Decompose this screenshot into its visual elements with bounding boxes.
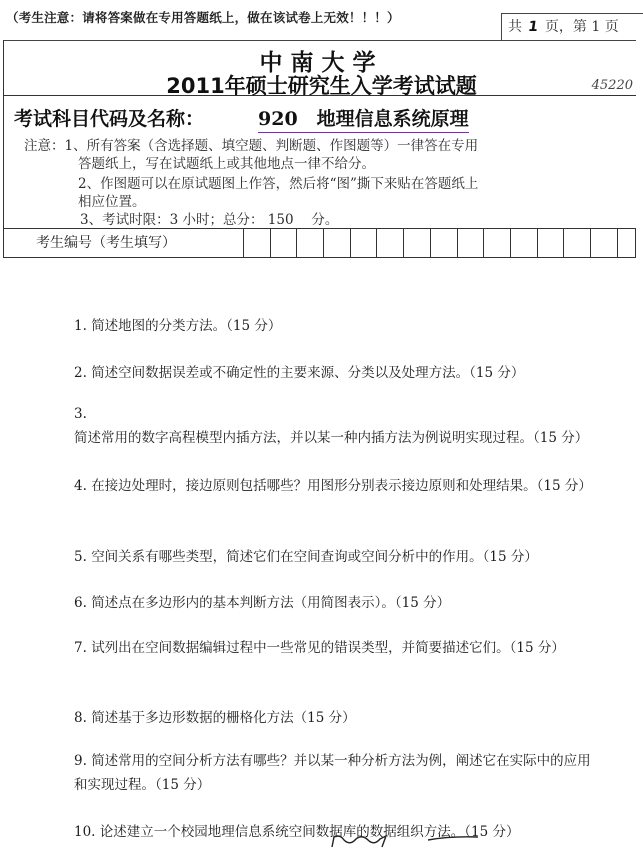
candidate-digit-box[interactable] <box>537 228 564 257</box>
candidate-digit-box[interactable] <box>430 228 457 257</box>
instruction-line: 答题纸上，写在试题纸上或其他地点一律不给分。 <box>78 155 375 173</box>
question-text: 简述常用的数字高程模型内插方法，并以某一种内插方法为例说明实现过程。（15 分） <box>74 430 588 446</box>
instruction-line: 相应位置。 <box>78 193 146 211</box>
question-number: 5. <box>74 549 87 565</box>
divider-candidate <box>3 257 636 258</box>
paper-code: 45220 <box>592 78 633 93</box>
question-text: 简述空间数据误差或不确定性的主要来源、分类以及处理方法。（15 分） <box>91 365 524 381</box>
candidate-digit-box[interactable] <box>483 228 510 257</box>
question-9: 9. 简述常用的空间分析方法有哪些？并以某一种分析方法为例，阐述它在实际中的应用… <box>74 749 604 797</box>
exam-title: 2011年硕士研究生入学考试试题 <box>0 70 643 100</box>
question-text: 简述基于多边形数据的栅格化方法（15 分） <box>91 710 355 726</box>
candidate-digit-box[interactable] <box>270 228 297 257</box>
question-text: 空间关系有哪些类型，简述它们在空间查询或空间分析中的作用。（15 分） <box>91 549 538 565</box>
candidate-digit-box[interactable] <box>323 228 350 257</box>
question-5: 5. 空间关系有哪些类型，简述它们在空间查询或空间分析中的作用。（15 分） <box>74 545 604 569</box>
candidate-digit-box[interactable] <box>590 228 617 257</box>
handwritten-underline-mark <box>330 834 480 848</box>
candidate-digit-box[interactable] <box>376 228 403 257</box>
question-8: 8. 简述基于多边形数据的栅格化方法（15 分） <box>74 706 604 730</box>
question-1: 1. 简述地图的分类方法。（15 分） <box>74 314 604 338</box>
question-number: 7. <box>74 640 87 656</box>
candidate-number-boxes[interactable] <box>243 228 636 257</box>
candidate-digit-box[interactable] <box>403 228 430 257</box>
candidate-number-label: 考生编号（考生填写） <box>36 232 176 252</box>
candidate-digit-box[interactable] <box>563 228 590 257</box>
question-number: 6. <box>74 595 87 611</box>
page-total-prefix: 共 <box>508 19 522 35</box>
question-text: 试列出在空间数据编辑过程中一些常见的错误类型，并简要描述它们。（15 分） <box>91 640 565 656</box>
page-total-handwritten: 1 <box>525 14 543 41</box>
question-number: 1. <box>74 318 87 334</box>
question-text: 简述点在多边形内的基本判断方法（用简图表示）。（15 分） <box>91 595 450 611</box>
question-text: 简述地图的分类方法。（15 分） <box>91 318 281 334</box>
instruction-line: 2、作图题可以在原试题图上作答，然后将“图”撕下来贴在答题纸上 <box>78 175 478 193</box>
candidate-digit-box[interactable] <box>617 228 636 257</box>
question-4: 4. 在接边处理时，接边原则包括哪些？用图形分别表示接边原则和处理结果。（15 … <box>74 474 604 498</box>
exam-notice: （考生注意：请将答案做在专用答题纸上，做在该试卷上无效！！！） <box>6 8 400 26</box>
candidate-digit-box[interactable] <box>243 228 270 257</box>
page-count-box: 共 1 页，第 1 页 <box>501 13 643 40</box>
candidate-digit-box[interactable] <box>457 228 484 257</box>
candidate-digit-box[interactable] <box>296 228 323 257</box>
question-number: 8. <box>74 710 87 726</box>
question-2: 2. 简述空间数据误差或不确定性的主要来源、分类以及处理方法。（15 分） <box>74 361 604 385</box>
candidate-digit-box[interactable] <box>350 228 377 257</box>
question-number: 10. <box>74 824 95 840</box>
instruction-line: 注意：1、所有答案（含选择题、填空题、判断题、作图题等）一律答在专用 <box>24 137 478 155</box>
instruction-line: 3、考试时限：3 小时；总分： 150 分。 <box>80 211 338 229</box>
candidate-digit-box[interactable] <box>510 228 537 257</box>
question-number: 3. <box>74 406 87 422</box>
question-text: 简述常用的空间分析方法有哪些？并以某一种分析方法为例，阐述它在实际中的应用和实现… <box>74 753 591 793</box>
subject-label: 考试科目代码及名称： <box>14 104 204 131</box>
subject-value: 920 地理信息系统原理 <box>258 104 469 133</box>
question-7: 7. 试列出在空间数据编辑过程中一些常见的错误类型，并简要描述它们。（15 分） <box>74 636 604 660</box>
question-number: 9. <box>74 753 87 769</box>
question-number: 2. <box>74 365 87 381</box>
question-3: 3. 简述常用的数字高程模型内插方法，并以某一种内插方法为例说明实现过程。（15… <box>74 402 604 450</box>
page-current: 页，第 1 页 <box>545 19 619 35</box>
question-6: 6. 简述点在多边形内的基本判断方法（用简图表示）。（15 分） <box>74 591 604 615</box>
question-number: 4. <box>74 478 87 494</box>
question-text: 在接边处理时，接边原则包括哪些？用图形分别表示接边原则和处理结果。（15 分） <box>91 478 592 494</box>
